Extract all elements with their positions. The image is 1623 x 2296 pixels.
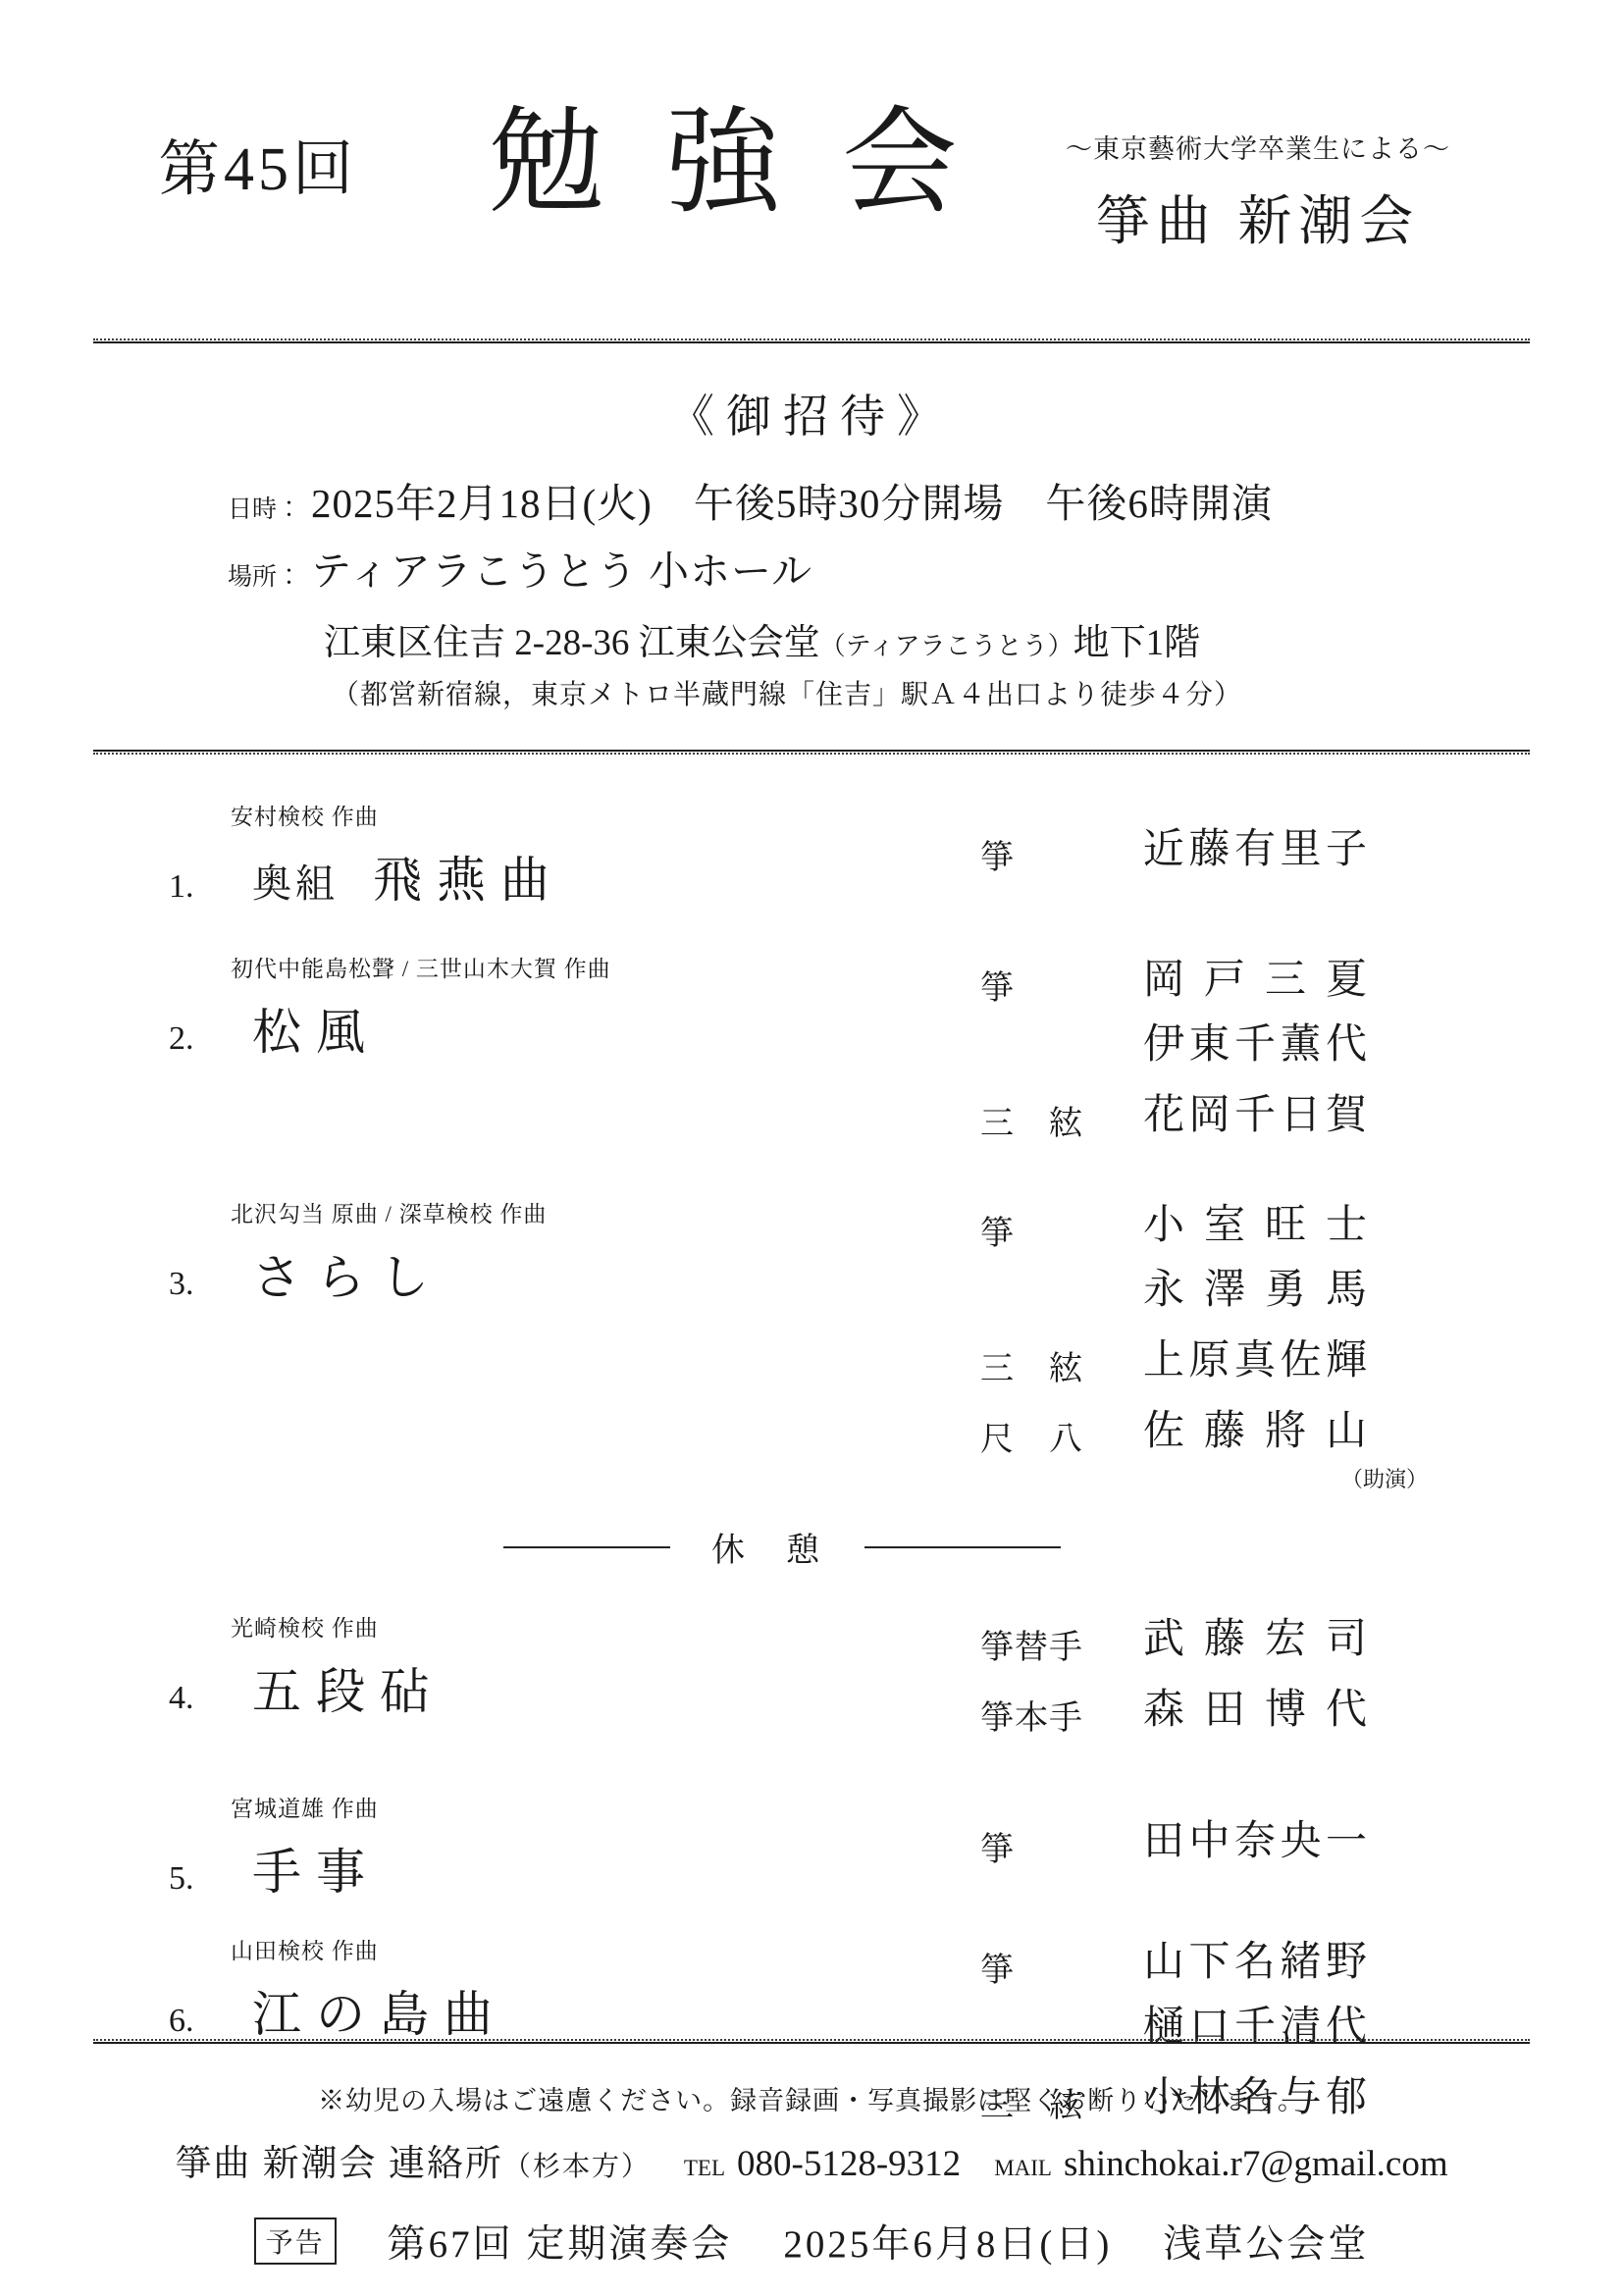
notice-text: ※幼児の入場はご遠慮ください。録音録画・写真撮影は堅くお断りいたします。 <box>0 2079 1623 2117</box>
intermission-rule <box>864 1546 1061 1548</box>
invitation-heading: 《御招待》 <box>0 381 1623 445</box>
divider-bottom <box>93 2039 1530 2044</box>
role-label: 三絃 <box>980 1086 1082 1144</box>
performer-name: 森田博代 <box>1143 1681 1367 1740</box>
edition-label: 第45回 <box>159 120 357 207</box>
piece-title: さらし <box>252 1250 444 1305</box>
intermission-label: 休 憩 <box>711 1523 823 1571</box>
intermission: 休 憩 <box>93 1523 1471 1571</box>
item-number: 2. <box>169 1020 252 1058</box>
piece-title: 手事 <box>252 1845 380 1900</box>
tel-group: TEL 080-5128-9312 <box>684 2143 961 2185</box>
performer-group: 三絃 花岡千日賀 <box>980 1086 1530 1151</box>
divider-top <box>93 339 1530 343</box>
program-item: 光崎検校 作曲 4.五段砧 箏替手 武藤宏司 箏本手 森田博代 <box>93 1610 1530 1751</box>
guest-note: （助演） <box>1143 1463 1428 1493</box>
venue-label: 場所： <box>228 557 301 593</box>
item-number: 6. <box>169 2003 252 2040</box>
piece-title: 江の島曲 <box>252 1987 507 2042</box>
performers: 箏 近藤有里子 <box>980 820 1530 891</box>
piece-title: 飛燕曲 <box>373 853 564 908</box>
invitation-section: 《御招待》 日時： 2025年2月18日(火) 午後5時30分開場 午後6時開演… <box>0 381 1623 712</box>
performer-name: 永澤勇馬 <box>1143 1261 1367 1320</box>
performer-group: 尺八 佐藤將山 （助演） <box>980 1402 1530 1493</box>
role-label: 箏 <box>980 820 1082 878</box>
venue-value: ティアラこうとう 小ホール <box>311 539 812 597</box>
item-number: 1. <box>169 868 252 906</box>
performers: 箏 小室旺士 永澤勇馬 三絃 上原真佐輝 尺八 佐藤將山 <box>980 1196 1530 1499</box>
program-flyer-page: 第45回 勉強会 ～東京藝術大学卒業生による～ 箏曲 新潮会 《御招待》 日時：… <box>0 0 1623 2296</box>
datetime-value: 2025年2月18日(火) 午後5時30分開場 午後6時開演 <box>311 471 1273 529</box>
piece-title: 五段砧 <box>252 1664 444 1719</box>
role-label: 箏本手 <box>980 1681 1082 1739</box>
composer-credit: 宮城道雄 作曲 <box>231 1791 980 1823</box>
performer-name: 山下名緒野 <box>1143 1933 1367 1992</box>
contact-org-paren: （杉本方） <box>503 2152 651 2182</box>
composer-credit: 安村検校 作曲 <box>231 799 980 831</box>
tel-label: TEL <box>684 2156 725 2181</box>
role-label: 箏 <box>980 951 1082 1009</box>
performer-name: 花岡千日賀 <box>1143 1086 1367 1145</box>
performer-name: 小室旺士 <box>1143 1196 1367 1255</box>
performer-name: 岡戸三夏 <box>1143 951 1367 1010</box>
contact-row: 箏曲 新潮会 連絡所（杉本方） TEL 080-5128-9312 MAIL s… <box>0 2133 1623 2186</box>
address-paren: （ティアラこうとう） <box>820 632 1073 660</box>
composer-credit: 光崎検校 作曲 <box>231 1610 980 1643</box>
performer-group: 箏 田中奈央一 <box>980 1812 1530 1877</box>
header: 第45回 勉強会 ～東京藝術大学卒業生による～ 箏曲 新潮会 <box>0 0 1623 339</box>
mail-label: MAIL <box>994 2156 1052 2181</box>
item-number: 4. <box>169 1680 252 1717</box>
performer-name: 近藤有里子 <box>1143 820 1367 879</box>
program-item: 宮城道雄 作曲 5.手事 箏 田中奈央一 <box>93 1791 1530 1904</box>
datetime-label: 日時： <box>228 490 301 525</box>
performer-name: 田中奈央一 <box>1143 1812 1367 1871</box>
performer-group: 箏 近藤有里子 <box>980 820 1530 885</box>
performer-name: 佐藤將山 <box>1143 1402 1367 1461</box>
tel-number: 080-5128-9312 <box>737 2143 961 2185</box>
performers: 箏 田中奈央一 <box>980 1812 1530 1883</box>
preview-venue: 浅草公会堂 <box>1163 2214 1369 2269</box>
performers: 箏替手 武藤宏司 箏本手 森田博代 <box>980 1610 1530 1751</box>
mail-address: shinchokai.r7@gmail.com <box>1064 2143 1448 2185</box>
contact-org-name: 箏曲 新潮会 連絡所 <box>175 2144 503 2184</box>
performer-group: 箏替手 武藤宏司 <box>980 1610 1530 1675</box>
role-label: 尺八 <box>980 1402 1082 1460</box>
header-right: ～東京藝術大学卒業生による～ 箏曲 新潮会 <box>1042 128 1474 255</box>
title-prefix: 奥組 <box>252 861 339 906</box>
preview-title: 第67回 定期演奏会 <box>388 2214 733 2269</box>
performer-group: 箏本手 森田博代 <box>980 1681 1530 1746</box>
preview-badge: 予告 <box>254 2218 337 2265</box>
mail-group: MAIL shinchokai.r7@gmail.com <box>994 2143 1447 2185</box>
preview-date: 2025年6月8日(日) <box>783 2214 1112 2269</box>
piece-title: 松風 <box>252 1005 380 1060</box>
main-title: 勉強会 <box>489 69 1019 235</box>
address-row: 江東区住吉 2-28-36 江東公会堂（ティアラこうとう）地下1階 <box>324 612 1623 665</box>
item-number: 3. <box>169 1266 252 1303</box>
composer-credit: 山田検校 作曲 <box>231 1933 980 1965</box>
composer-credit: 北沢勾当 原曲 / 深草検校 作曲 <box>231 1196 980 1228</box>
access-note: （都営新宿線，東京メトロ半蔵門線「住吉」駅Ａ４出口より徒歩４分） <box>332 673 1623 712</box>
divider-middle <box>93 750 1530 755</box>
role-label: 箏替手 <box>980 1610 1082 1668</box>
performer-name: 伊東千薫代 <box>1143 1016 1367 1074</box>
intermission-rule <box>503 1546 670 1548</box>
contact-org: 箏曲 新潮会 連絡所（杉本方） <box>175 2133 651 2186</box>
performer-group: 箏 小室旺士 永澤勇馬 <box>980 1196 1530 1326</box>
composer-credit: 初代中能島松聲 / 三世山木大賀 作曲 <box>231 951 980 983</box>
organization-name: 箏曲 新潮会 <box>1042 178 1474 255</box>
program-item: 安村検校 作曲 1.奥組飛燕曲 箏 近藤有里子 <box>93 799 1530 912</box>
performer-group: 三絃 上原真佐輝 <box>980 1331 1530 1396</box>
address-main: 江東区住吉 2-28-36 江東公会堂 <box>324 623 820 663</box>
performer-group: 箏 岡戸三夏 伊東千薫代 <box>980 951 1530 1080</box>
performer-name: 上原真佐輝 <box>1143 1331 1367 1390</box>
role-label: 箏 <box>980 1933 1082 1991</box>
program-item: 北沢勾当 原曲 / 深草検校 作曲 3.さらし 箏 小室旺士 永澤勇馬 三絃 上… <box>93 1196 1530 1499</box>
address-tail: 地下1階 <box>1073 623 1201 663</box>
role-label: 箏 <box>980 1196 1082 1254</box>
performer-name: 武藤宏司 <box>1143 1610 1367 1669</box>
role-label: 箏 <box>980 1812 1082 1870</box>
footer: ※幼児の入場はご遠慮ください。録音録画・写真撮影は堅くお断りいたします。 箏曲 … <box>0 2039 1623 2269</box>
performers: 箏 岡戸三夏 伊東千薫代 三絃 花岡千日賀 <box>980 951 1530 1157</box>
preview-row: 予告 第67回 定期演奏会 2025年6月8日(日) 浅草公会堂 <box>0 2214 1623 2269</box>
venue-row: 場所： ティアラこうとう 小ホール <box>228 539 1623 597</box>
program-item: 初代中能島松聲 / 三世山木大賀 作曲 2.松風 箏 岡戸三夏 伊東千薫代 三絃… <box>93 951 1530 1157</box>
subtitle: ～東京藝術大学卒業生による～ <box>1042 128 1474 166</box>
datetime-row: 日時： 2025年2月18日(火) 午後5時30分開場 午後6時開演 <box>228 471 1623 529</box>
role-label: 三絃 <box>980 1331 1082 1389</box>
program-section: 安村検校 作曲 1.奥組飛燕曲 箏 近藤有里子 初代中能島松聲 / 三世山木大賀… <box>0 799 1623 2139</box>
item-number: 5. <box>169 1860 252 1898</box>
